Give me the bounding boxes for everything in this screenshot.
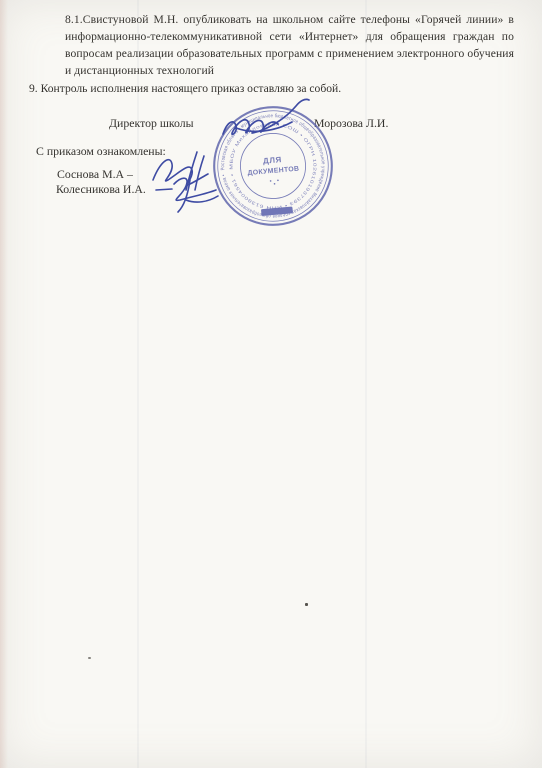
scanned-order-page: 8.1.Свистуновой М.Н. опубликовать на шко… xyxy=(0,0,542,768)
scan-speck xyxy=(88,657,91,659)
scan-speck xyxy=(305,603,308,606)
sosnova-signature xyxy=(153,152,208,190)
signatures-overlay xyxy=(0,90,420,240)
kolesnikova-signature xyxy=(156,178,218,212)
director-signature xyxy=(223,99,309,134)
clause-8-1-text: 8.1.Свистуновой М.Н. опубликовать на шко… xyxy=(65,11,514,79)
